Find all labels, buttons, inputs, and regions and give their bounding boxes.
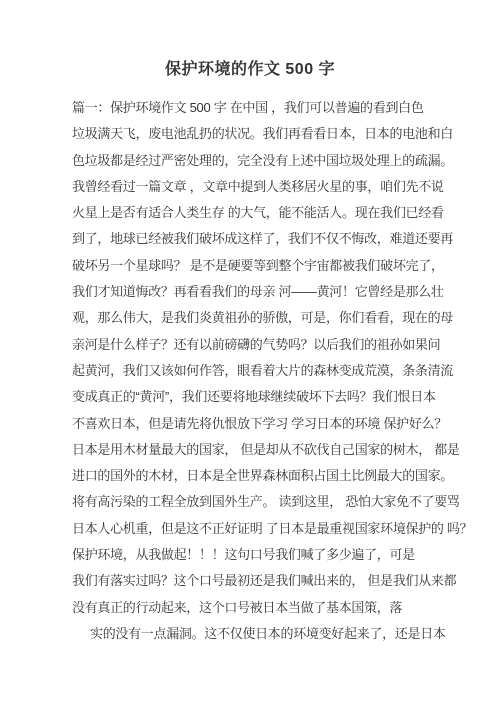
- essay-line: 日本人心机重，但是这不正好证明 了日本是最重视国家环境保护的 吗？: [72, 516, 430, 542]
- essay-line: 篇一：保护环境作文 500 字 在中国 ，我们可以普遍的看到白色: [72, 95, 430, 121]
- essay-line: 变成真正的“黄河”，我们还要将地球继续破坏下去吗？我们恨日本: [72, 384, 430, 410]
- essay-line: 垃圾满天飞，废电池乱扔的状况。我们再看看日本，日本的电池和白: [72, 121, 430, 147]
- essay-line: 火星上是否有适合人类生存 的大气，能不能活人。现在我们已经看: [72, 200, 430, 226]
- essay-line: 将有高污染的工程全放到国外生产。 读到这里， 恐怕大家免不了要骂: [72, 489, 430, 515]
- essay-line: 观，那么伟大，是我们炎黄祖孙的骄傲，可是，你们看看，现在的母: [72, 305, 430, 331]
- essay-line: 保护环境，从我做起！！！这句口号我们喊了多少遍了，可是: [72, 542, 430, 568]
- essay-body: 篇一：保护环境作文 500 字 在中国 ，我们可以普遍的看到白色垃圾满天飞，废电…: [72, 95, 430, 647]
- essay-line: 没有真正的行动起来，这个口号被日本当做了基本国策，落: [72, 595, 430, 621]
- essay-line: 破坏另一个星球吗？ 是不是硬要等到整个宇宙都被我们破坏完了，: [72, 253, 430, 279]
- essay-line: 起黄河，我们又该如何作答，眼看着大片的森林变成荒漠，条条清流: [72, 358, 430, 384]
- essay-line: 实的没有一点漏洞。这不仅使日本的环境变好起来了，还是日本: [72, 621, 430, 647]
- essay-line: 我曾经看过一篇文章 ，文章中提到人类移居火星的事，咱们先不说: [72, 174, 430, 200]
- essay-line: 亲河是什么样子？还有以前磅礴的气势吗？以后我们的祖孙如果问: [72, 332, 430, 358]
- essay-line: 我们有落实过吗？这个口号最初还是我们喊出来的， 但是我们从来都: [72, 568, 430, 594]
- essay-line: 日本是用木材量最大的国家， 但是却从不砍伐自己国家的树木， 都是: [72, 437, 430, 463]
- essay-line: 不喜欢日本，但是请先将仇恨放下学习 学习日本的环境 保护好么？: [72, 411, 430, 437]
- essay-title: 保护环境的作文 500 字: [0, 58, 500, 82]
- essay-line: 色垃圾都是经过严密处理的，完全没有上述中国垃圾处理上的疏漏。: [72, 148, 430, 174]
- essay-line: 我们才知道悔改？再看看我们的母亲 河——黄河！它曾经是那么壮: [72, 279, 430, 305]
- essay-line: 到了，地球已经被我们破坏成这样了，我们不仅不悔改，难道还要再: [72, 226, 430, 252]
- document-page: 保护环境的作文 500 字 篇一：保护环境作文 500 字 在中国 ，我们可以普…: [0, 0, 500, 708]
- essay-line: 进口的国外的木材，日本是全世界森林面积占国土比例最大的国家。: [72, 463, 430, 489]
